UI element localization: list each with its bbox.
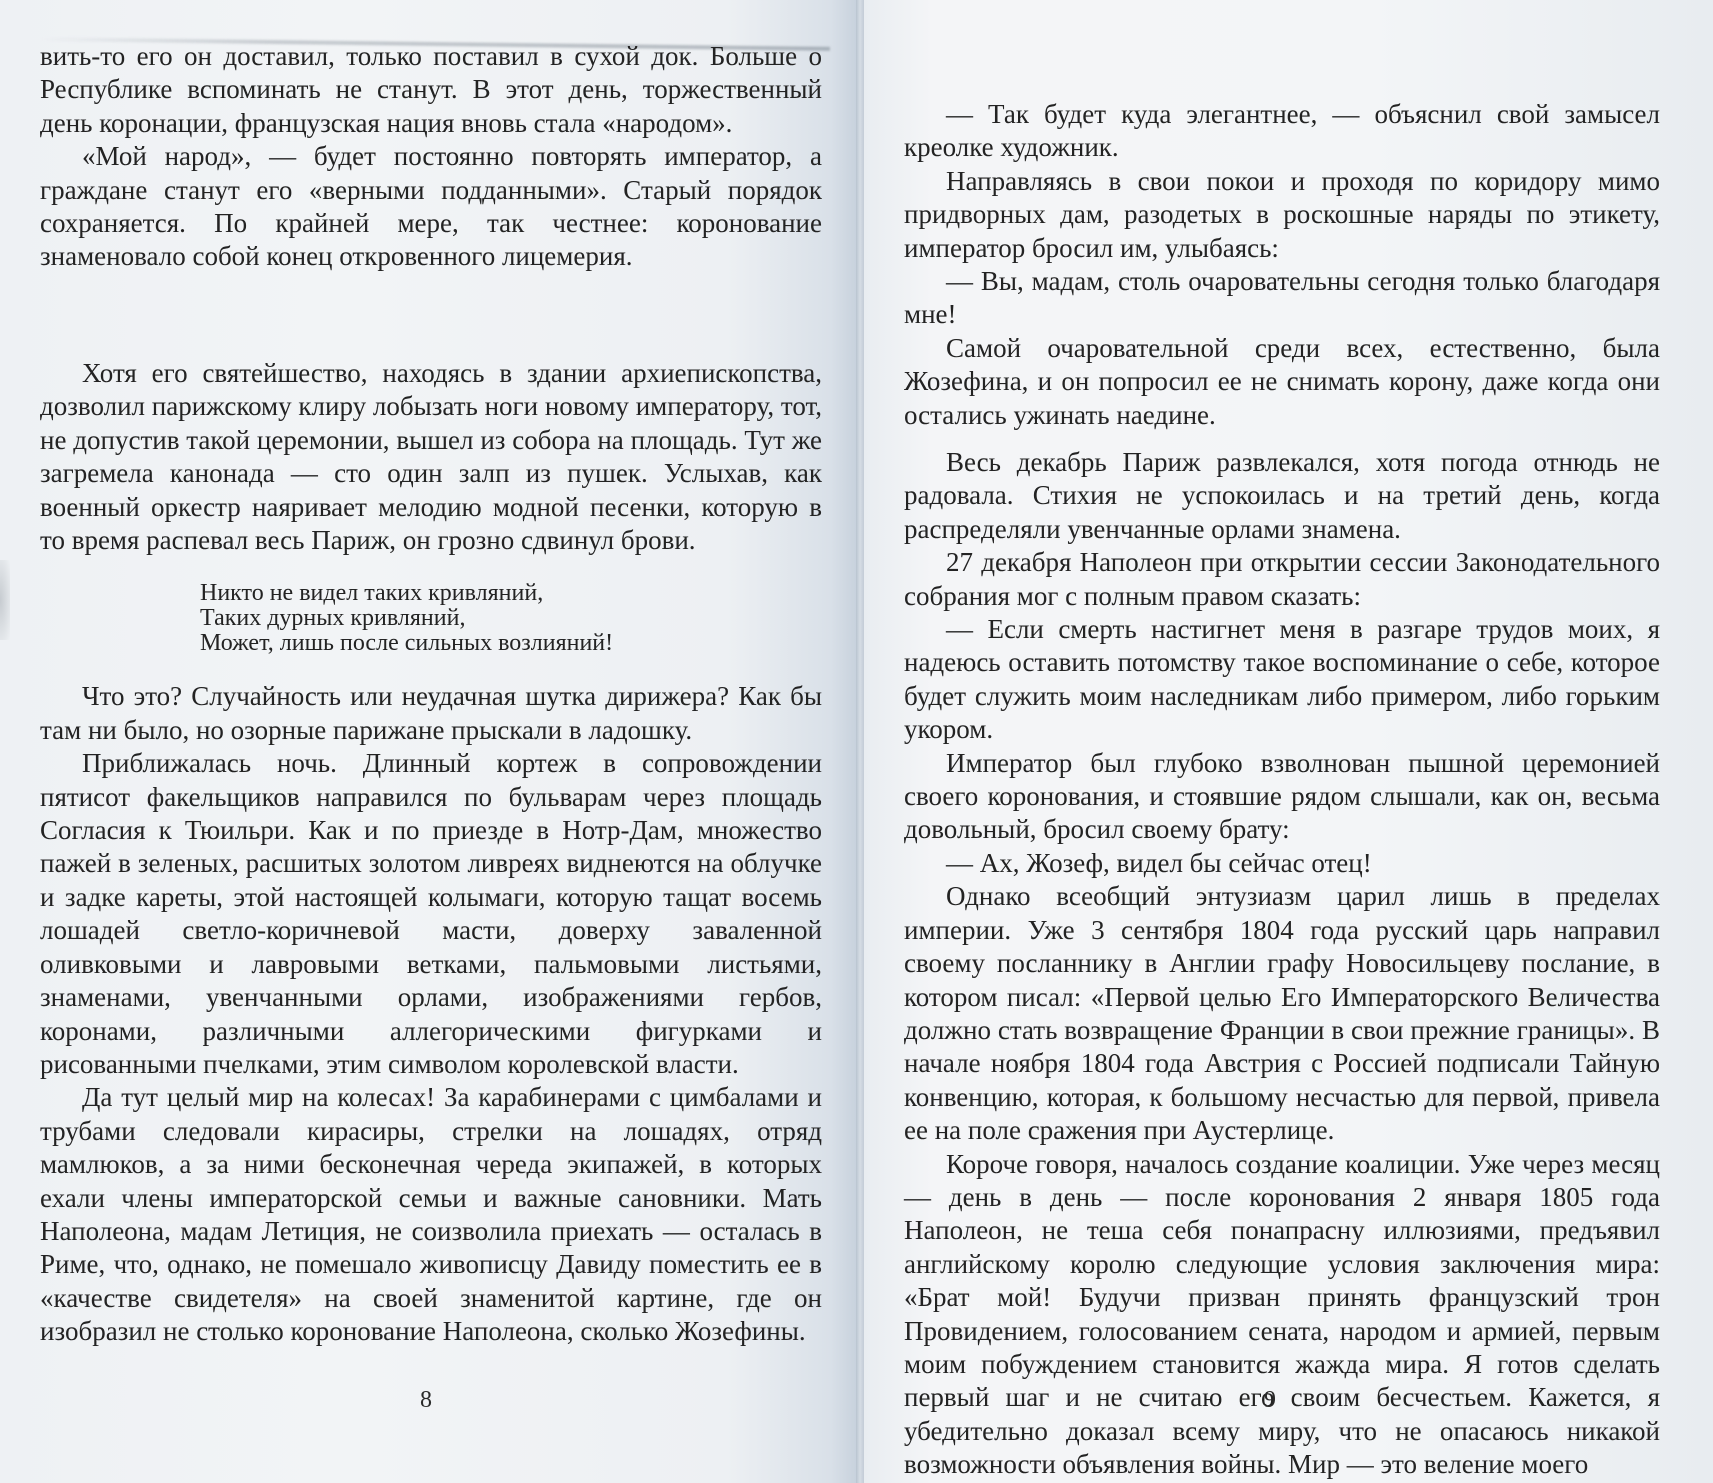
paragraph: вить-то его он доставил, только поставил… [40, 40, 822, 140]
paragraph: — Так будет куда элегантнее, — объяснил … [904, 98, 1660, 165]
paragraph: Хотя его святейшество, находясь в здании… [40, 357, 822, 557]
left-page-text-middle: Хотя его святейшество, находясь в здании… [40, 357, 822, 1349]
open-book-spread: вить-то его он доставил, только поставил… [0, 0, 1713, 1483]
paragraph: Направляясь в свои покои и проходя по ко… [904, 165, 1660, 265]
left-page: вить-то его он доставил, только поставил… [0, 0, 856, 1483]
poem-line: Может, лишь после сильных возлияний! [200, 631, 822, 656]
paragraph: Весь декабрь Париж развлекался, хотя пог… [904, 446, 1660, 546]
paragraph: «Мой народ», — будет постоянно повторять… [40, 140, 822, 274]
paragraph: — Вы, мадам, столь очаровательны сегодня… [904, 265, 1660, 332]
paragraph: — Ах, Жозеф, видел бы сейчас отец! [904, 847, 1660, 880]
poem-line: Никто не видел таких кривляний, [200, 581, 822, 606]
right-page-text-bottom: Весь декабрь Париж развлекался, хотя пог… [904, 446, 1660, 1482]
right-page: — Так будет куда элегантнее, — объяснил … [864, 0, 1713, 1483]
page-number: 9 [1264, 1387, 1276, 1414]
page-number: 8 [420, 1387, 432, 1414]
paragraph: Что это? Случайность или неудачная шутка… [40, 680, 822, 747]
paragraph: Да тут целый мир на колесах! За карабине… [40, 1081, 822, 1348]
page-edge-shadow [0, 560, 10, 640]
left-page-text-top: вить-то его он доставил, только поставил… [40, 40, 822, 274]
paragraph: Однако всеобщий энтузиазм царил лишь в п… [904, 880, 1660, 1147]
book-spine [856, 0, 864, 1483]
paragraph: 27 декабря Наполеон при открытии сессии … [904, 546, 1660, 613]
paragraph: — Если смерть настигнет меня в разгаре т… [904, 613, 1660, 747]
paragraph: Приближалась ночь. Длинный кортеж в сопр… [40, 747, 822, 1081]
paragraph: Короче говоря, началось создание коалици… [904, 1148, 1660, 1482]
poem-line: Таких дурных кривляний, [200, 606, 822, 631]
poem-quote: Никто не видел таких кривляний, Таких ду… [200, 581, 822, 656]
paragraph: Самой очаровательной среди всех, естеств… [904, 332, 1660, 432]
paragraph: Император был глубоко взволнован пышной … [904, 747, 1660, 847]
right-page-text-top: — Так будет куда элегантнее, — объяснил … [904, 98, 1660, 432]
